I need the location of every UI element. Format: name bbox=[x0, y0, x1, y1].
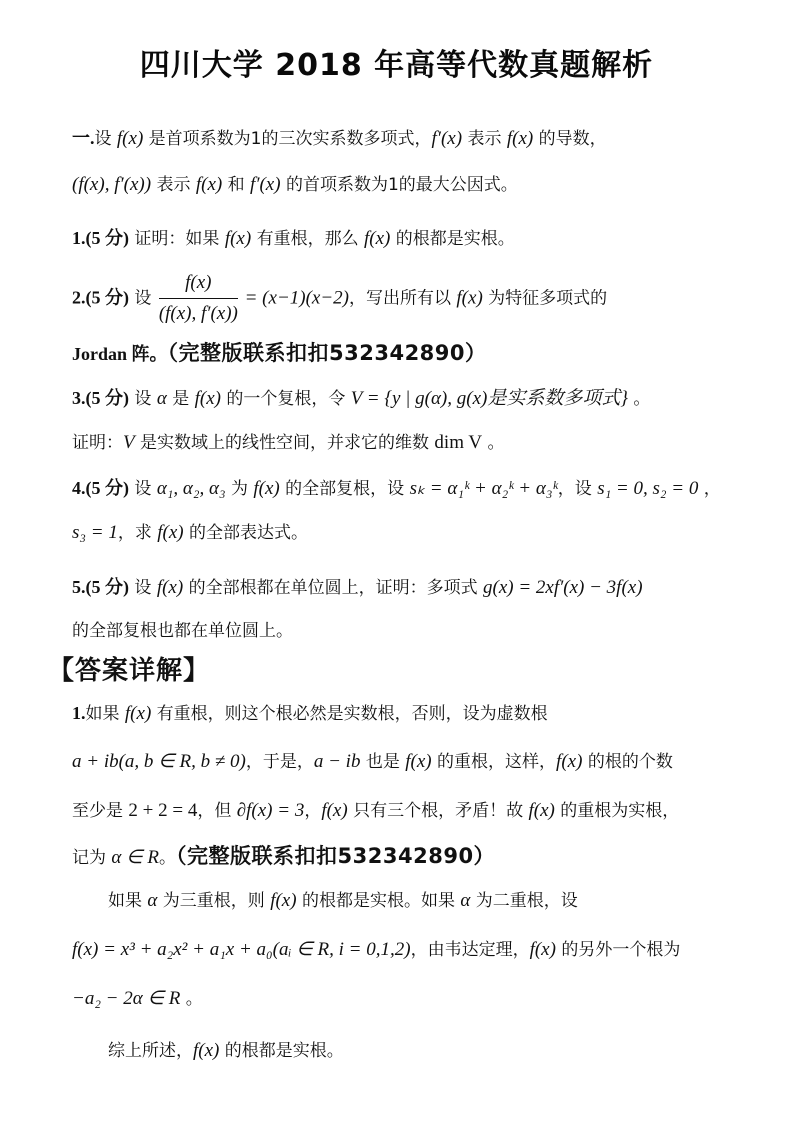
answer-1-line-8: 综上所述，f(x) 的根都是实根。 bbox=[108, 1040, 344, 1062]
page-title: 四川大学 2018 年高等代数真题解析 bbox=[0, 40, 793, 84]
text: ，设 bbox=[558, 479, 597, 499]
problem-intro-line-2: (f(x), f′(x)) 表示 f(x) 和 f′(x) 的首项系数为1的最大… bbox=[72, 174, 518, 196]
text: 。 bbox=[180, 989, 202, 1009]
text: 只有三个根，矛盾！故 bbox=[348, 801, 529, 821]
question-label: 3.(5 分) bbox=[72, 388, 129, 408]
text: 的另外一个根为 bbox=[556, 940, 680, 960]
question-4-continued: s₃ = 1，求 f(x) 的全部表达式。 bbox=[72, 522, 308, 544]
text: 的根的个数 bbox=[582, 752, 672, 772]
math-expr: 2 + 2 = 4 bbox=[128, 800, 197, 821]
text: 为 bbox=[226, 479, 254, 499]
text: ，但 bbox=[197, 801, 236, 821]
text: ，写出所有以 bbox=[349, 289, 456, 309]
text: ， bbox=[698, 479, 720, 499]
text: 。 bbox=[628, 389, 650, 409]
math-expr: f(x) bbox=[507, 128, 533, 149]
math-expr: α₁, α₂, α₃ bbox=[157, 478, 226, 499]
text: 证明：如果 bbox=[129, 229, 225, 249]
fraction-numerator: f(x) bbox=[159, 270, 238, 299]
text: ，求 bbox=[118, 523, 157, 543]
fraction: f(x)(f(x), f′(x)) bbox=[159, 270, 238, 327]
math-expr: f(x) bbox=[157, 522, 183, 543]
text: 的全部表达式。 bbox=[184, 523, 308, 543]
text: 是 bbox=[167, 389, 195, 409]
math-expr: = (x−1)(x−2) bbox=[240, 288, 349, 309]
math-expr: g(x) = 2xf′(x) − 3f(x) bbox=[483, 577, 643, 598]
text: 。 bbox=[159, 848, 176, 868]
text: 设 bbox=[129, 578, 157, 598]
question-label: 4.(5 分) bbox=[72, 478, 129, 498]
math-expr: f(x) bbox=[456, 288, 482, 309]
math-expr: f(x) bbox=[321, 800, 347, 821]
text: 的重根为实根， bbox=[555, 801, 679, 821]
question-4: 4.(5 分) 设 α₁, α₂, α₃ 为 f(x) 的全部复根，设 sₖ =… bbox=[72, 477, 721, 500]
math-expr: a + ib(a, b ∈ R, b ≠ 0) bbox=[72, 751, 246, 772]
text: 是实数域上的线性空间，并求它的维数 bbox=[135, 433, 435, 453]
text: 为二重根，设 bbox=[470, 891, 577, 911]
answer-1-line-1: 1.如果 f(x) 有重根，则这个根必然是实数根，否则，设为虚数根 bbox=[72, 702, 548, 725]
question-label: 5.(5 分) bbox=[72, 577, 129, 597]
text: 的重根，这样， bbox=[432, 752, 556, 772]
text: 如果 bbox=[86, 704, 125, 724]
math-expr: dim V bbox=[434, 432, 482, 453]
math-expr: f′(x) bbox=[432, 128, 463, 149]
math-expr: s₃ = 1 bbox=[72, 522, 118, 543]
text: 有重根，则这个根必然是实数根，否则，设为虚数根 bbox=[151, 704, 547, 724]
text: 的首项系数为1的最大公因式。 bbox=[281, 175, 518, 195]
math-expr: −a₂ − 2α ∈ R bbox=[72, 988, 180, 1009]
math-expr: α bbox=[157, 388, 167, 409]
problem-number: 一. bbox=[72, 128, 95, 148]
problem-intro-line-1: 一.设 f(x) 是首项系数为1的三次实系数多项式，f′(x) 表示 f(x) … bbox=[72, 127, 607, 150]
text: 设 bbox=[129, 479, 157, 499]
answer-1-line-4: 记为 α ∈ R。（完整版联系扣扣532342890） bbox=[72, 845, 495, 869]
text: 综上所述， bbox=[108, 1041, 193, 1061]
answer-heading: 【答案详解】 bbox=[48, 650, 210, 687]
math-expr: f(x) bbox=[193, 1040, 219, 1061]
text: 设 bbox=[129, 389, 157, 409]
text: 也是 bbox=[360, 752, 405, 772]
text: ， bbox=[304, 801, 321, 821]
text: 的全部根都在单位圆上，证明：多项式 bbox=[183, 578, 483, 598]
answer-1-line-7: −a₂ − 2α ∈ R 。 bbox=[72, 988, 203, 1010]
text: 的根都是实根。如果 bbox=[297, 891, 461, 911]
math-expr: α bbox=[460, 890, 470, 911]
math-expr: f(x) bbox=[530, 939, 556, 960]
answer-1-line-3: 至少是 2 + 2 = 4，但 ∂f(x) = 3，f(x) 只有三个根，矛盾！… bbox=[72, 800, 679, 822]
math-expr: (f(x), f′(x)) bbox=[72, 174, 151, 195]
math-expr: f(x) bbox=[195, 388, 221, 409]
math-expr: V = {y | g(α), g(x)是实系数多项式} bbox=[351, 388, 628, 409]
text: ，于是， bbox=[246, 752, 314, 772]
text: 的根都是实根。 bbox=[219, 1041, 343, 1061]
text: 的导数， bbox=[533, 129, 606, 149]
text: 为特征多项式的 bbox=[483, 289, 607, 309]
answer-1-line-5: 如果 α 为三重根，则 f(x) 的根都是实根。如果 α 为二重根，设 bbox=[108, 890, 578, 912]
math-expr: f(x) bbox=[225, 228, 251, 249]
math-expr: f(x) bbox=[196, 174, 222, 195]
question-2: 2.(5 分) 设 f(x)(f(x), f′(x)) = (x−1)(x−2)… bbox=[72, 270, 607, 327]
math-expr: f(x) bbox=[270, 890, 296, 911]
math-expr: f(x) bbox=[364, 228, 390, 249]
text: ，由韦达定理， bbox=[411, 940, 530, 960]
question-3-continued: 证明：V 是实数域上的线性空间，并求它的维数 dim V 。 bbox=[72, 432, 505, 454]
text: 表示 bbox=[462, 129, 507, 149]
text: 表示 bbox=[151, 175, 196, 195]
text: 设 bbox=[129, 289, 157, 309]
math-expr: α bbox=[147, 890, 157, 911]
question-label: 1.(5 分) bbox=[72, 228, 129, 248]
text: Jordan 阵。 bbox=[72, 344, 168, 364]
question-2-continued: Jordan 阵。（完整版联系扣扣532342890） bbox=[72, 342, 487, 366]
math-expr: f(x) bbox=[253, 478, 279, 499]
text: 有重根，那么 bbox=[251, 229, 364, 249]
math-expr: V bbox=[123, 432, 135, 453]
text: 为三重根，则 bbox=[157, 891, 270, 911]
math-expr: f(x) bbox=[405, 751, 431, 772]
text: 证明： bbox=[72, 433, 123, 453]
contact-promo: （完整版联系扣扣532342890） bbox=[176, 844, 495, 868]
answer-label: 1. bbox=[72, 703, 86, 723]
math-expr: f(x) = x³ + a₂x² + a₁x + a₀(aᵢ ∈ R, i = … bbox=[72, 939, 411, 960]
math-expr: sₖ = α₁ᵏ + α₂ᵏ + α₃ᵏ bbox=[410, 478, 558, 499]
question-5: 5.(5 分) 设 f(x) 的全部根都在单位圆上，证明：多项式 g(x) = … bbox=[72, 576, 643, 599]
math-expr: f′(x) bbox=[250, 174, 281, 195]
text: 的全部复根，设 bbox=[280, 479, 410, 499]
text: 。 bbox=[482, 433, 504, 453]
answer-1-line-2: a + ib(a, b ∈ R, b ≠ 0)，于是，a − ib 也是 f(x… bbox=[72, 751, 673, 773]
math-expr: α ∈ R bbox=[111, 847, 159, 868]
math-expr: a − ib bbox=[314, 751, 361, 772]
math-expr: f(x) bbox=[556, 751, 582, 772]
math-expr: s₁ = 0, s₂ = 0 bbox=[597, 478, 698, 499]
text: 是首项系数为1的三次实系数多项式， bbox=[143, 129, 431, 149]
math-expr: f(x) bbox=[529, 800, 555, 821]
question-label: 2.(5 分) bbox=[72, 288, 129, 308]
question-1: 1.(5 分) 证明：如果 f(x) 有重根，那么 f(x) 的根都是实根。 bbox=[72, 227, 515, 250]
contact-promo: （完整版联系扣扣532342890） bbox=[168, 341, 487, 365]
text: 至少是 bbox=[72, 801, 128, 821]
text: 和 bbox=[222, 175, 250, 195]
math-expr: f(x) bbox=[117, 128, 143, 149]
text: 记为 bbox=[72, 848, 111, 868]
fraction-denominator: (f(x), f′(x)) bbox=[159, 299, 238, 327]
math-expr: f(x) bbox=[125, 703, 151, 724]
question-5-continued: 的全部复根也都在单位圆上。 bbox=[72, 620, 293, 642]
text: 的一个复根，令 bbox=[221, 389, 351, 409]
math-expr: ∂f(x) = 3 bbox=[237, 800, 305, 821]
text: 如果 bbox=[108, 891, 147, 911]
answer-1-line-6: f(x) = x³ + a₂x² + a₁x + a₀(aᵢ ∈ R, i = … bbox=[72, 939, 680, 961]
text: 设 bbox=[95, 129, 117, 149]
question-3: 3.(5 分) 设 α 是 f(x) 的一个复根，令 V = {y | g(α)… bbox=[72, 387, 650, 410]
math-expr: f(x) bbox=[157, 577, 183, 598]
text: 的根都是实根。 bbox=[390, 229, 514, 249]
